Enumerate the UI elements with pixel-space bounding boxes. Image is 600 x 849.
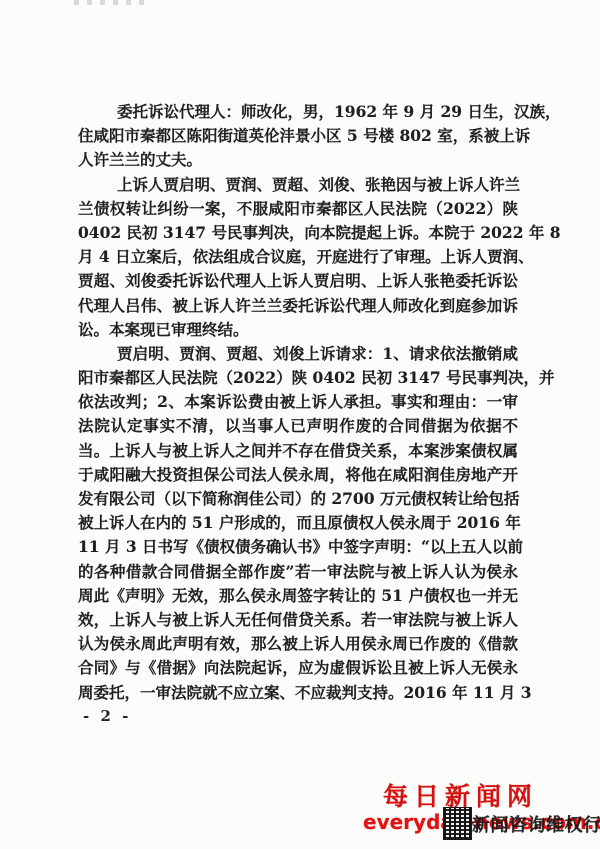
document-line: 效，上诉人与被上诉人无任何借贷关系。若一审法院与被上诉人 [78,608,518,632]
document-line: 代理人吕伟、被上诉人许兰兰委托诉讼代理人师改化到庭参加诉 [78,294,518,318]
document-line: 兰债权转让纠纷一案，不服咸阳市秦都区人民法院（2022）陕 [78,197,518,221]
document-line: 11 月 3 日书写《债权债务确认书》中签字声明：“以上五人以前 [78,535,518,559]
document-line: 依法改判；2、本案诉讼费由被上诉人承担。事实和理由：一审 [78,390,518,414]
stamp-overlay-text: 新闻咨询维权行动 [472,811,600,837]
document-line: 合同》与《借据》向法院起诉，应为虚假诉讼且被上诉人无侯永 [78,656,518,680]
document-line: 月 4 日立案后，依法组成合议庭，开庭进行了审理。上诉人贾润、 [78,245,518,269]
document-line: 于咸阳融大投资担保公司法人侯永周，将他在咸阳润佳房地产开 [78,463,518,487]
document-line: 法院认定事实不清，以当事人已声明作废的合同借据为依据不 [78,414,518,438]
document-line: 人许兰兰的丈夫。 [78,148,518,172]
document-line: 贾超、刘俊委托诉讼代理人上诉人贾启明、上诉人张艳委托诉讼 [78,269,518,293]
document-line: 委托诉讼代理人：师改化，男，1962 年 9 月 29 日生，汉族， [78,100,518,124]
document-line: 0402 民初 3147 号民事判决，向本院提起上诉。本院于 2022 年 8 [78,221,518,245]
document-line: 周此《声明》无效，那么侯永周签字转让的 51 户债权也一并无 [78,584,518,608]
document-line: 周委托，一审法院就不应立案、不应裁判支持。2016 年 11 月 3 [78,681,518,705]
document-line: 贾启明、贾润、贾超、刘俊上诉请求：1、请求依法撤销咸 [78,342,518,366]
document-line: 讼。本案现已审理终结。 [78,318,518,342]
document-line: 住咸阳市秦都区陈阳街道英伦沣景小区 5 号楼 802 室，系被上诉 [78,124,518,148]
page-number: - 2 - [83,707,131,725]
document-line: 当。上诉人与被上诉人之间并不存在借贷关系，本案涉案债权属 [78,439,518,463]
scanned-document-page: 委托诉讼代理人：师改化，男，1962 年 9 月 29 日生，汉族，住咸阳市秦都… [0,0,600,849]
document-line: 被上诉人在内的 51 户形成的，而且原债权人侯永周于 2016 年 [78,511,518,535]
scan-smudge [74,0,152,5]
document-line: 发有限公司（以下简称润佳公司）的 2700 万元债权转让给包括 [78,487,518,511]
qr-code-icon [444,808,471,839]
document-line: 的各种借款合同借据全部作废”若一审法院与被上诉人认为侯永 [78,560,518,584]
document-line: 认为侯永周此声明有效，那么被上诉人用侯永周已作废的《借款 [78,632,518,656]
document-line: 上诉人贾启明、贾润、贾超、刘俊、张艳因与被上诉人许兰 [78,173,518,197]
document-body: 委托诉讼代理人：师改化，男，1962 年 9 月 29 日生，汉族，住咸阳市秦都… [78,100,518,705]
document-line: 阳市秦都区人民法院（2022）陕 0402 民初 3147 号民事判决，并 [78,366,518,390]
